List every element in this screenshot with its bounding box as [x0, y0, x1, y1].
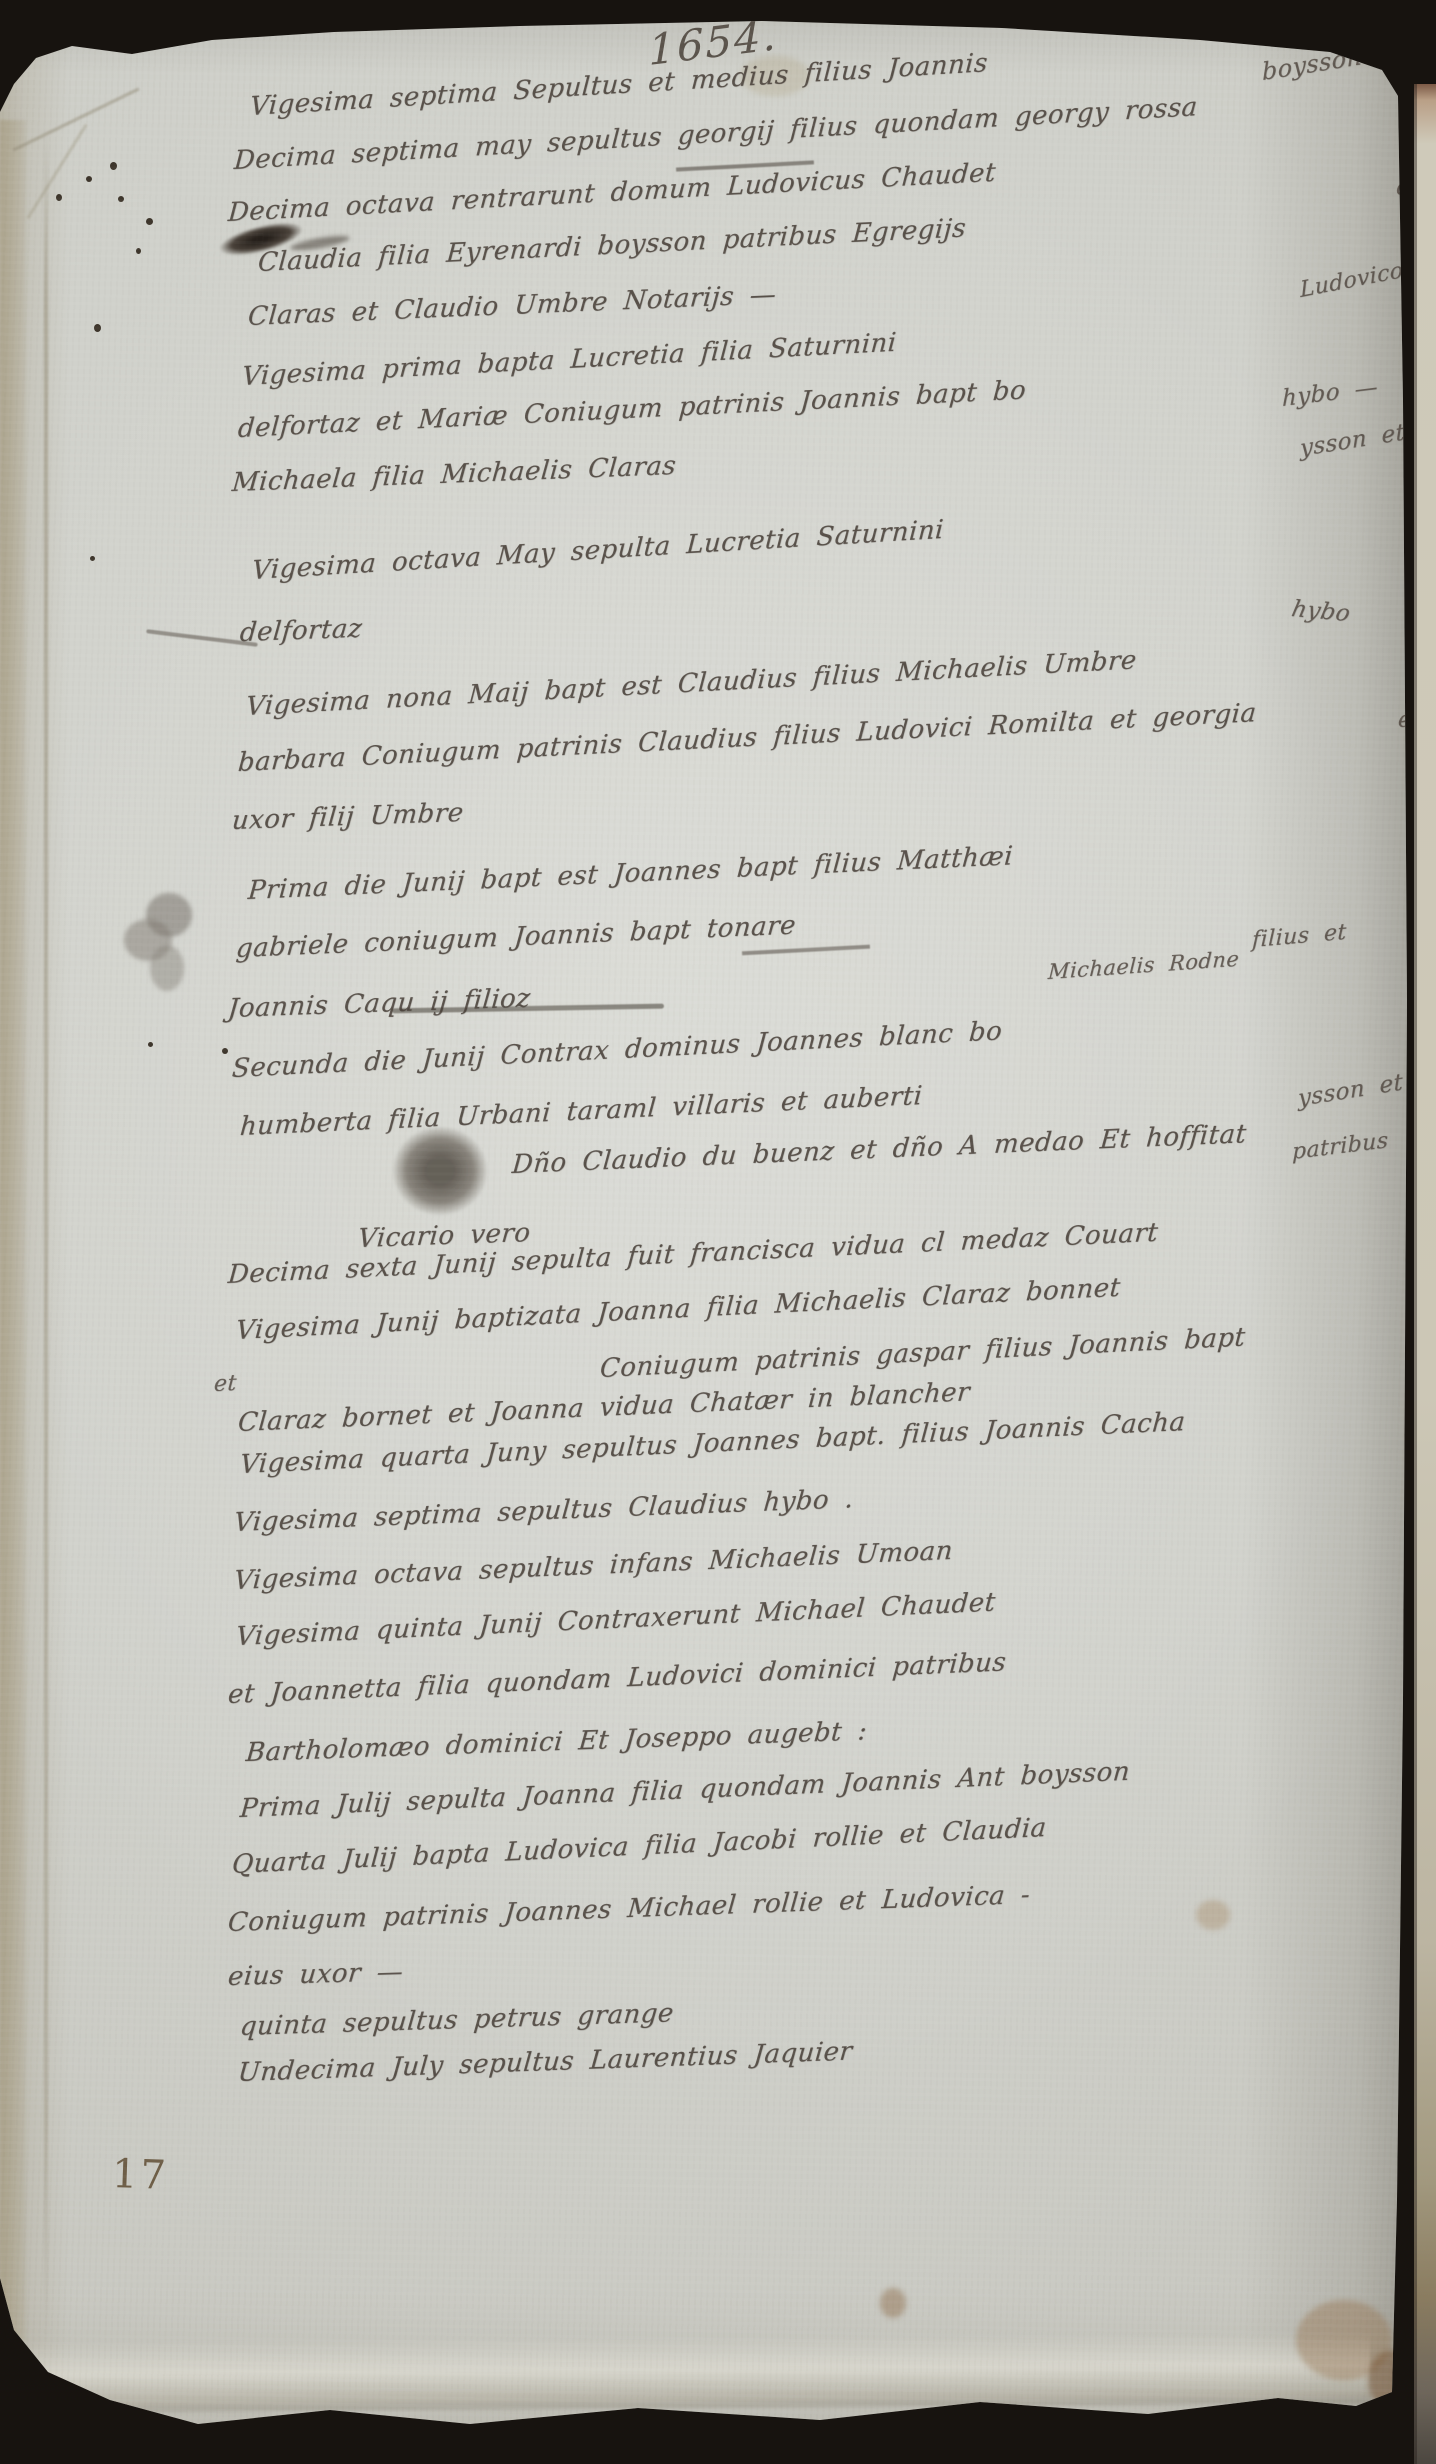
margin-fragment: Ludovico: [1299, 258, 1404, 303]
manuscript-page: 1654. 17 Vigesima septima Sepultus et me…: [0, 0, 1412, 2464]
margin-fragment: et: [213, 1371, 238, 1397]
manuscript-line: Secunda die Junij Contrax dominus Joanne…: [231, 1016, 1003, 1084]
manuscript-line: uxor filij Umbre: [231, 798, 465, 836]
manuscript-line: Quarta Julij bapta Ludovica filia Jacobi…: [231, 1813, 1048, 1880]
manuscript-line: delfortaz: [239, 614, 364, 648]
margin-fragment: Michaelis Rodne: [1047, 947, 1239, 985]
manuscript-line: Claudia filia Eyrenardi boysson patribus…: [257, 213, 967, 278]
manuscript-line: Prima die Junij bapt est Joannes bapt fi…: [247, 841, 1014, 906]
manuscript-line: Dño Claudio du buenz et dño A medao Et h…: [511, 1119, 1248, 1180]
manuscript-line: Bartholomæo dominici Et Joseppo augebt :: [245, 1716, 869, 1768]
manuscript-line: Claras et Claudio Umbre Notarijs —: [247, 280, 778, 332]
margin-fragment: filius et: [1252, 920, 1348, 953]
manuscript-line: Undecima July sepultus Laurentius Jaquie…: [237, 2036, 854, 2088]
manuscript-scan: 1654. 17 Vigesima septima Sepultus et me…: [0, 0, 1436, 2464]
manuscript-line: Joannis Caqu ij filioz: [227, 983, 532, 1024]
margin-fragment: patribus: [1292, 1128, 1388, 1165]
margin-fragment: boysson: [1262, 42, 1363, 86]
manuscript-line: Vigesima prima bapta Lucretia filia Satu…: [241, 328, 898, 392]
manuscript-line: Vigesima octava sepultus infans Michaeli…: [233, 1536, 954, 1596]
manuscript-line: gabriele coniugum Joannis bapt tonare: [235, 910, 797, 964]
manuscript-line: Vigesima septima sepultus Claudius hybo …: [233, 1484, 855, 1538]
manuscript-line: Prima Julij sepulta Joanna filia quondam…: [239, 1757, 1131, 1824]
manuscript-line: Coniugum patrinis gaspar filius Joannis …: [599, 1322, 1247, 1384]
margin-fragment: hybo: [1289, 596, 1353, 627]
margin-fragment: ysson et: [1300, 419, 1406, 462]
manuscript-line: humberta filia Urbani taraml villaris et…: [239, 1081, 924, 1142]
manuscript-line: Coniugum patrinis Joannes Michael rollie…: [227, 1880, 1032, 1938]
page-number: 17: [111, 2151, 169, 2199]
manuscript-line: eius uxor —: [227, 1957, 405, 1992]
adjacent-page-edge: [1414, 84, 1436, 2464]
margin-fragment: hybo —: [1282, 374, 1378, 412]
manuscript-line: Vigesima quinta Junij Contraxerunt Micha…: [235, 1587, 997, 1652]
manuscript-line: Vigesima octava May sepulta Lucretia Sat…: [251, 515, 945, 586]
text-layer: 1654. 17 Vigesima septima Sepultus et me…: [0, 0, 1412, 2464]
margin-fragment: ysson et: [1298, 1069, 1404, 1112]
manuscript-line: Michaela filia Michaelis Claras: [231, 451, 678, 498]
manuscript-line: quinta sepultus petrus grange: [239, 1998, 676, 2042]
manuscript-line: et Joannetta filia quondam Ludovici domi…: [227, 1647, 1008, 1710]
